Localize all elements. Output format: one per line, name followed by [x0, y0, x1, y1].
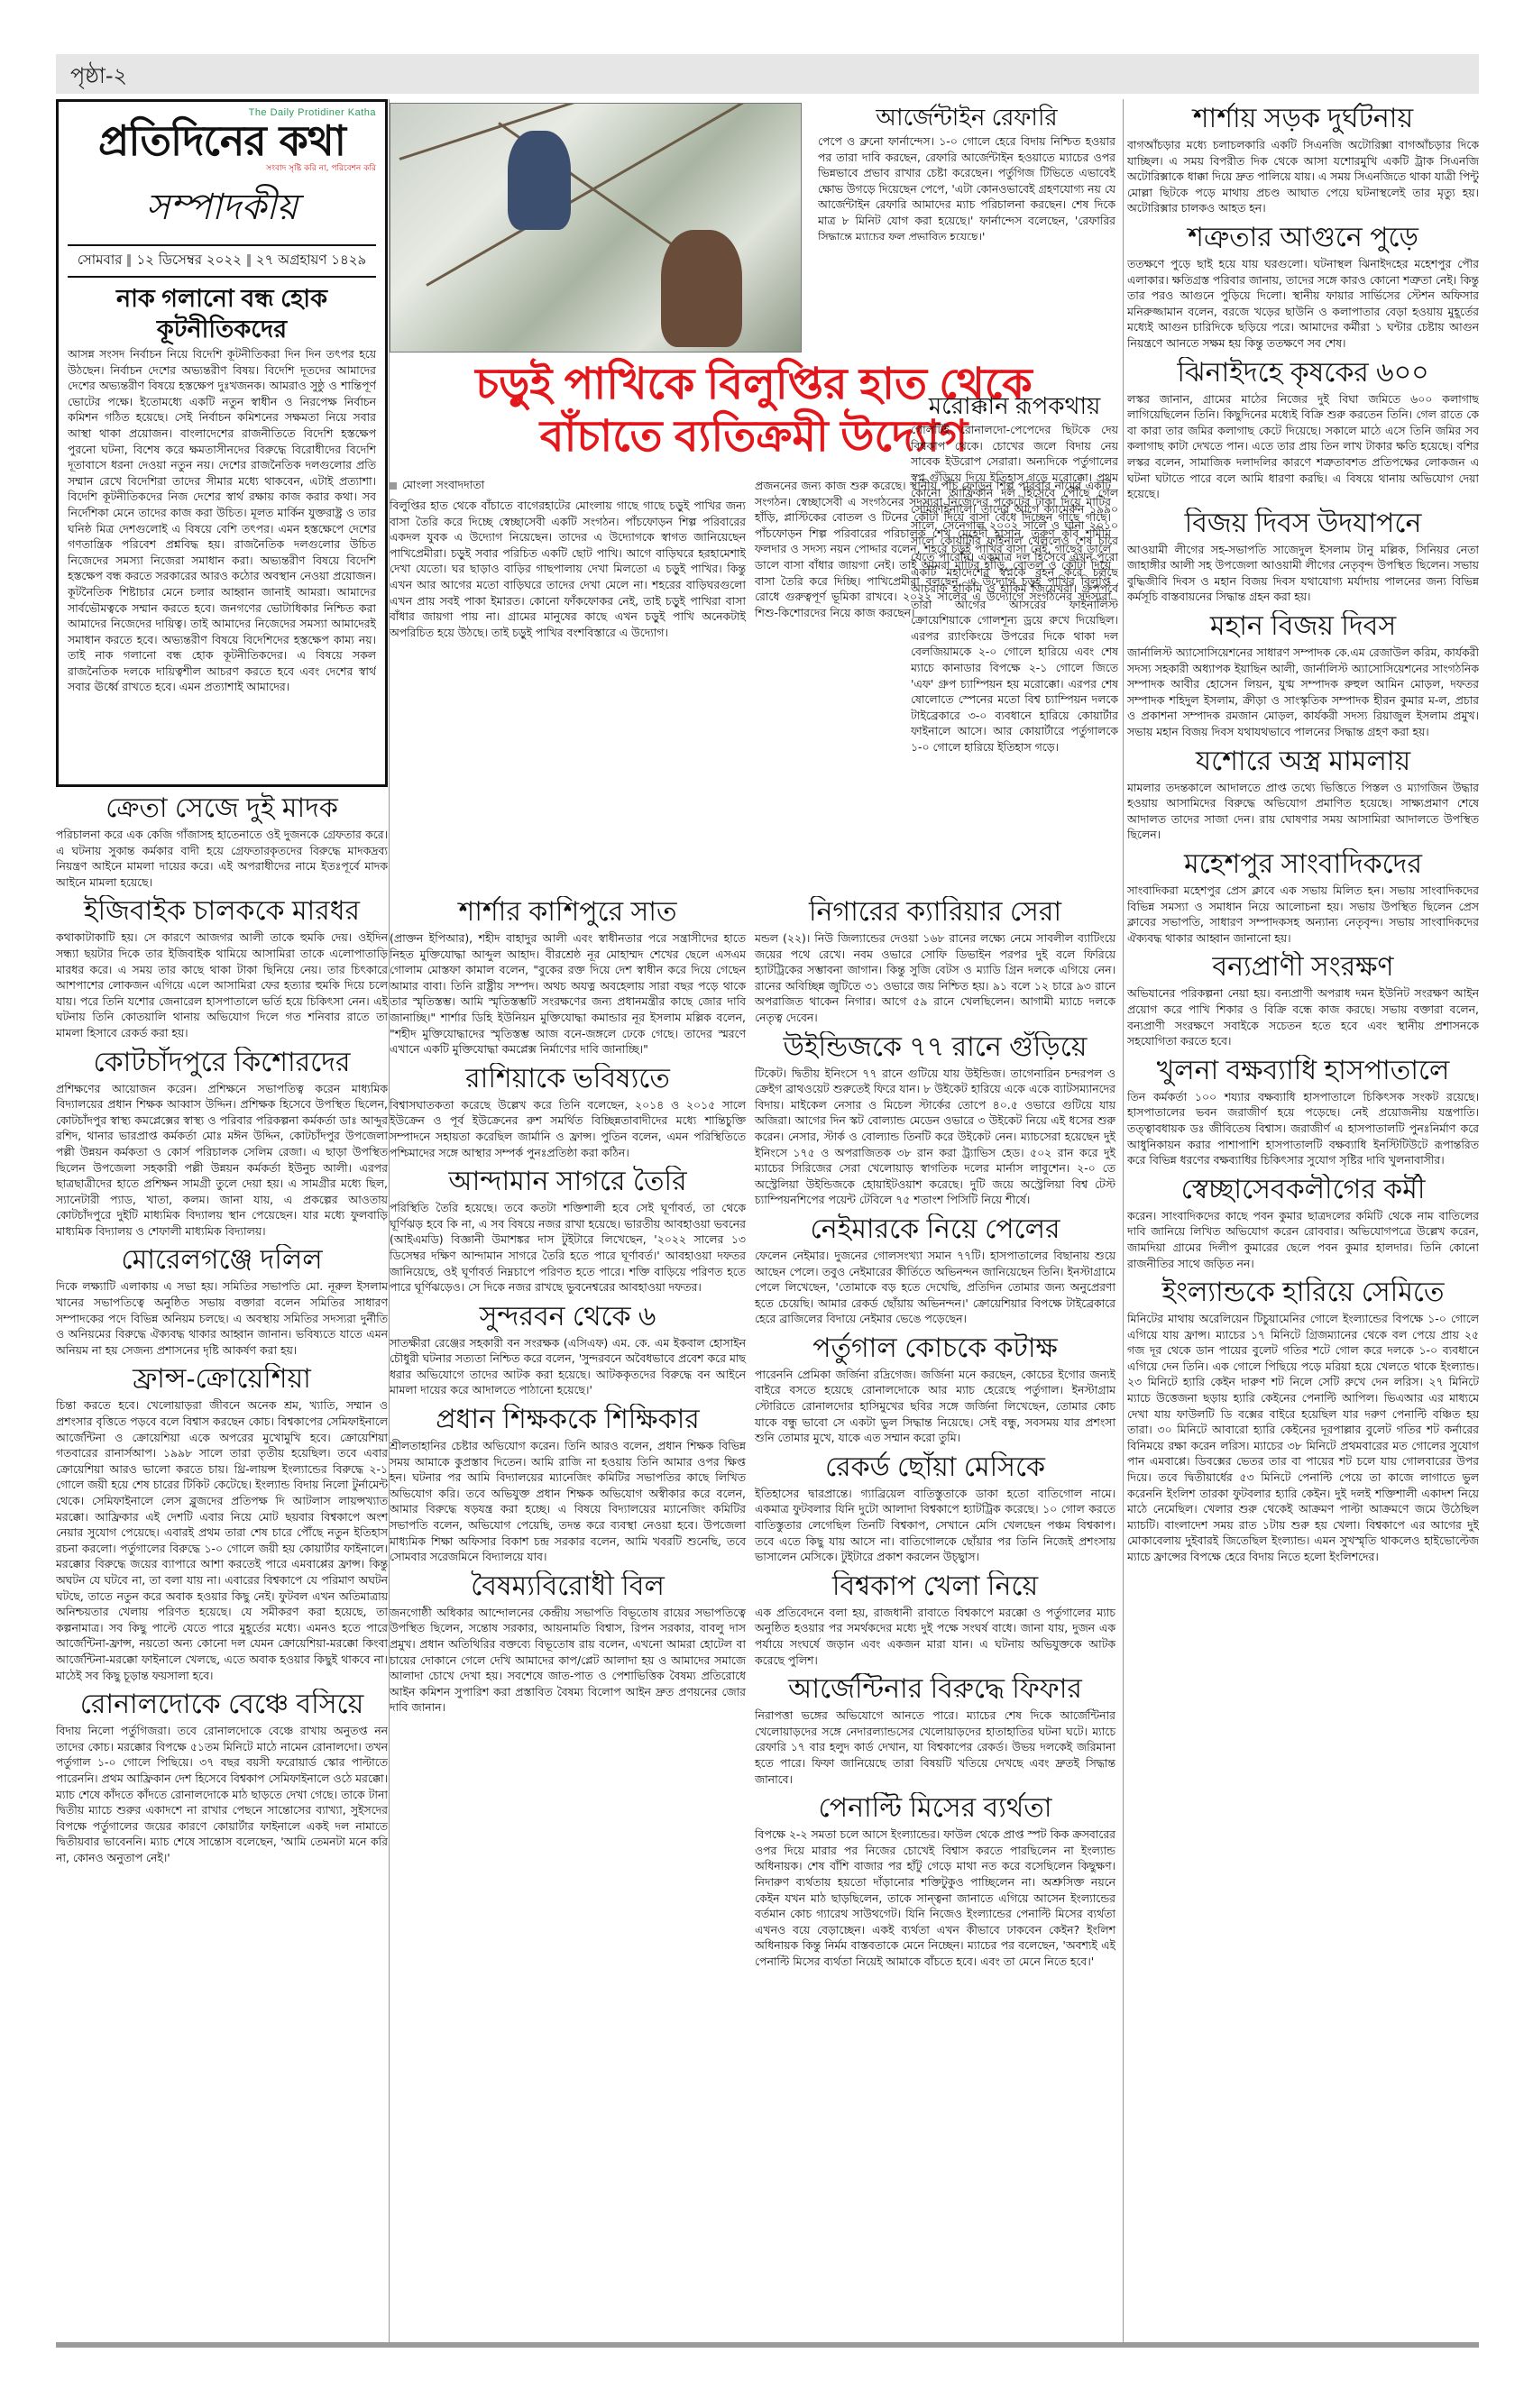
story-victory-day-celebration: বিজয় দিবস উদযাপনে আওয়ামী লীগের সহ-সভাপ…	[1127, 508, 1479, 605]
story-headline: বিজয় দিবস উদযাপনে	[1127, 508, 1479, 540]
story-body: জার্নালিস্ট অ্যাসোসিয়েশনের সাধারণ সম্পা…	[1127, 645, 1479, 740]
lead-body: বিলুপ্তির হাত থেকে বাঁচাতে বাগেরহাটের মো…	[390, 498, 746, 640]
editorial-title: নাক গলানো বন্ধ হোক কূটনীতিকদের	[68, 283, 376, 344]
lead-story-top	[390, 99, 813, 353]
story-body: বিপক্ষে ২-২ সমতা চলে আসে ইংল্যান্ডের। ফা…	[755, 1827, 1115, 1969]
story-headline: শার্শায় সড়ক দুর্ঘটনায়	[1127, 103, 1479, 135]
story-headline: বন্যপ্রাণী সংরক্ষণ	[1127, 951, 1479, 984]
story-body: নিরাপত্তা ভঙ্গের অভিযোগে আনতে পারে। ম্যা…	[755, 1708, 1115, 1787]
story-body: মামলার তদন্তকালে আদালতে প্রাপ্ত তথ্যে ভি…	[1127, 780, 1479, 843]
story-headline: উইন্ডিজকে ৭৭ রানে গুঁড়িয়ে	[755, 1031, 1115, 1064]
story-headline: রাশিয়াকে ভবিষ্যতে	[390, 1063, 746, 1095]
story-buyer-drug: ক্রেতা সেজে দুই মাদক পরিচালনা করে এক কেজ…	[56, 792, 388, 890]
story-body: সাতক্ষীরা রেঞ্জের সহকারী বন সংরক্ষক (এসি…	[390, 1335, 746, 1398]
story-headline: ইংল্যান্ডকে হারিয়ে সেমিতে	[1127, 1277, 1479, 1309]
story-body: মিনিটের মাথায় অরেলিয়েন টিচুয়ামেনির গো…	[1127, 1311, 1479, 1565]
story-head-teacher: প্রধান শিক্ষককে শিক্ষিকার শ্রীলতাহানির চ…	[390, 1404, 746, 1565]
story-easybike: ইজিবাইক চালককে মারধর কথাকাটাকাটি হয়। সে…	[56, 895, 388, 1040]
story-headline: স্বেচ্ছাসেবকলীগের কর্মী	[1127, 1174, 1479, 1206]
story-portugal-coach: পর্তুগাল কোচকে কটাক্ষ পারেননি প্রেমিকা জ…	[755, 1332, 1115, 1446]
byline-text: মোংলা সংবাদদাতা	[402, 478, 484, 491]
story-headline: ইজিবাইক চালককে মারধর	[56, 895, 388, 928]
story-headline: বিশ্বকাপ খেলা নিয়ে	[755, 1570, 1115, 1603]
story-headline: রোনালদোকে বেঞ্চে বসিয়ে	[56, 1689, 388, 1721]
story-kotchandpur: কোটচাঁদপুরে কিশোরদের প্রশিক্ষণের আয়োজন …	[56, 1047, 388, 1240]
photo-person	[661, 230, 742, 347]
story-body: শ্রীলতাহানির চেষ্টার অভিযোগ করেন। তিনি আ…	[390, 1438, 746, 1565]
story-headline: আর্জেন্টিনার বিরুদ্ধে ফিফার	[755, 1673, 1115, 1706]
section-title: সম্পাদকীয়	[68, 179, 376, 239]
story-anti-discrimination: বৈষম্যবিরোধী বিল জনগোষ্ঠী অধিকার আন্দোলন…	[390, 1570, 746, 1716]
sidebar-news-morocco: মরোক্কান রূপকথায় গোলটিই রোনালদো-পেপেদের…	[911, 388, 1118, 833]
story-headline: ফ্রান্স-ক্রোয়েশিয়া	[56, 1363, 388, 1396]
story-headline: মহেশপুর সাংবাদিকদের	[1127, 848, 1479, 881]
page-header-band: পৃষ্ঠা-২	[56, 54, 1479, 94]
story-body: জনগোষ্ঠী অধিকার আন্দোলনের কেন্দ্রীয় সভা…	[390, 1605, 746, 1716]
sidebar-news-top: আর্জেন্টাইন রেফারি পেপে ও ব্রুনো ফার্নান…	[818, 99, 1115, 245]
story-headline: নিগারের ক্যারিয়ার সেরা	[755, 896, 1115, 929]
story-maheshpur-journalists: মহেশপুর সাংবাদিকদের সাংবাদিকরা মহেশপুর প…	[1127, 848, 1479, 946]
story-penalty-miss: পেনাল্টি মিসের ব্যর্থতা বিপক্ষে ২-২ সমতা…	[755, 1792, 1115, 1969]
story-body: অভিযানের পরিকল্পনা নেয়া হয়। বন্যপ্রাণী…	[1127, 985, 1479, 1048]
gregorian-date: ১২ ডিসেম্বর ২০২২	[136, 252, 241, 268]
story-body: পারেননি প্রেমিকা জর্জিনা রদ্রিগেজ। জর্জি…	[755, 1367, 1115, 1446]
story-russia: রাশিয়াকে ভবিষ্যতে বিশ্বাসঘাতকতা করেছে উ…	[390, 1063, 746, 1160]
story-headline: বৈষম্যবিরোধী বিল	[390, 1570, 746, 1603]
story-body: করেন। সাংবাদিকদের কাছে পবন কুমার ছাত্রদল…	[1127, 1208, 1479, 1271]
story-headline: আন্দামান সাগরে তৈরি	[390, 1166, 746, 1198]
dateline: সোমবার১২ ডিসেম্বর ২০২২২৭ অগ্রহায়ণ ১৪২৯	[68, 244, 376, 278]
editorial-box: The Daily Protidiner Katha প্রতিদিনের কথ…	[56, 99, 388, 787]
left-column: The Daily Protidiner Katha প্রতিদিনের কথ…	[56, 99, 388, 2346]
story-body: (প্রাক্তন ইপিআর), শহীদ বাহাদুর আলী এবং স…	[390, 930, 746, 1058]
story-headline: মোরেলগঞ্জে দলিল	[56, 1244, 388, 1277]
story-headline: ক্রেতা সেজে দুই মাদক	[56, 792, 388, 825]
story-body: কথাকাটাকাটি হয়। সে কারণে আজগর আলী তাকে …	[56, 929, 388, 1040]
story-headline: শত্রুতার আগুনে পুড়ে	[1127, 222, 1479, 254]
lead-body-col1: মোংলা সংবাদদাতা বিলুপ্তির হাত থেকে বাঁচা…	[390, 478, 746, 640]
story-body: টিকেট। দ্বিতীয় ইনিংসে ৭৭ রানে গুটিয়ে য…	[755, 1066, 1115, 1208]
story-headline: ঝিনাইদহে কৃষকের ৬০০	[1127, 357, 1479, 389]
story-windies: উইন্ডিজকে ৭৭ রানে গুঁড়িয়ে টিকেট। দ্বিত…	[755, 1031, 1115, 1208]
story-ronaldo-bench: রোনালদোকে বেঞ্চে বসিয়ে বিদায় নিলো পর্ত…	[56, 1689, 388, 1865]
story-sharsha-accident: শার্শায় সড়ক দুর্ঘটনায় বাগআঁচড়ার মধ্য…	[1127, 103, 1479, 216]
story-fire: শত্রুতার আগুনে পুড়ে ততক্ষণে পুড়ে ছাই হ…	[1127, 222, 1479, 352]
byline-marker	[390, 482, 397, 490]
story-body: গোলটিই রোনালদো-পেপেদের ছিটকে দেয় বিশ্বক…	[911, 422, 1118, 828]
story-messi-record: রেকর্ড ছোঁয়া মেসিকে ইতিহাসের দ্বারপ্রান…	[755, 1451, 1115, 1565]
story-neymar-pele: নেইমারকে নিয়ে পেলের ফেলেন নেইমার। দুজনে…	[755, 1213, 1115, 1327]
story-headline: সুন্দরবন থেকে ৬	[390, 1301, 746, 1333]
story-body: পরিচালনা করে এক কেজি গাঁজাসহ হাতেনাতে ওই…	[56, 827, 388, 890]
story-body: মন্ডল (২২)। নিউ জিল্যান্ডের দেওয়া ১৬৮ র…	[755, 930, 1115, 1026]
middle-column: চড়ুই পাখিকে বিলুপ্তির হাত থেকে বাঁচাতে …	[390, 99, 1118, 2346]
masthead-logo: প্রতিদিনের কথা	[68, 118, 376, 163]
story-france-beat-england: ইংল্যান্ডকে হারিয়ে সেমিতে মিনিটের মাথায…	[1127, 1277, 1479, 1565]
story-nigar: নিগারের ক্যারিয়ার সেরা মন্ডল (২২)। নিউ …	[755, 896, 1115, 1026]
story-sundarbans: সুন্দরবন থেকে ৬ সাতক্ষীরা রেঞ্জের সহকারী…	[390, 1301, 746, 1398]
story-volunteer-league: স্বেচ্ছাসেবকলীগের কর্মী করেন। সাংবাদিকদে…	[1127, 1174, 1479, 1271]
story-body: প্রশিক্ষণের আয়োজন করেন। প্রশিক্ষনে সভাপ…	[56, 1081, 388, 1240]
story-body: চিন্তা করতে হবে। খেলোয়াড়রা জীবনে অনেক …	[56, 1397, 388, 1683]
story-headline: যশোরে অস্ত্র মামলায়	[1127, 746, 1479, 778]
story-body: পরিস্থিতি তৈরি হয়েছে। তবে কতটা শক্তিশাল…	[390, 1200, 746, 1296]
story-body: আওয়ামী লীগের সহ-সভাপতি সাজেদুল ইসলাম টা…	[1127, 542, 1479, 605]
story-headline: শার্শার কাশিপুরে সাত	[390, 896, 746, 929]
editorial-body: আসন্ন সংসদ নির্বাচন নিয়ে বিদেশি কূটনীতি…	[68, 346, 376, 777]
story-headline: মহান বিজয় দিবস	[1127, 610, 1479, 643]
story-body: এক প্রতিবেদনে বলা হয়, রাজধানী রাবাতে বি…	[755, 1605, 1115, 1668]
story-body: তিন কর্মকর্তা ১০০ শয্যার বক্ষব্যাধি হাসপ…	[1127, 1089, 1479, 1168]
story-headline: মরোক্কান রূপকথায়	[911, 391, 1118, 420]
story-headline: কোটচাঁদপুরে কিশোরদের	[56, 1047, 388, 1079]
story-fifa-argentina: আর্জেন্টিনার বিরুদ্ধে ফিফার নিরাপত্তা ভঙ…	[755, 1673, 1115, 1787]
story-body: ফেলেন নেইমার। দুজনের গোলসংখ্যা সমান ৭৭টি…	[755, 1248, 1115, 1327]
story-headline: প্রধান শিক্ষককে শিক্ষিকার	[390, 1404, 746, 1436]
story-body: দিকে লক্ষ্যাটি এলাকায় এ সভা হয়। সমিতির…	[56, 1278, 388, 1358]
story-headline: পর্তুগাল কোচকে কটাক্ষ	[755, 1332, 1115, 1365]
column-divider	[1123, 99, 1124, 2346]
story-jhenaidah-farmer: ঝিনাইদহে কৃষকের ৬০০ লস্কর জানান, গ্রামের…	[1127, 357, 1479, 502]
story-france-croatia: ফ্রান্স-ক্রোয়েশিয়া চিন্তা করতে হবে। খে…	[56, 1363, 388, 1683]
story-worldcup-clash: বিশ্বকাপ খেলা নিয়ে এক প্রতিবেদনে বলা হয…	[755, 1570, 1115, 1668]
story-jessore-arms: যশোরে অস্ত্র মামলায় মামলার তদন্তকালে আদ…	[1127, 746, 1479, 843]
story-body: বাগআঁচড়ার মধ্যে চলাচলকারি একটি সিএনজি অ…	[1127, 137, 1479, 216]
story-body: ততক্ষণে পুড়ে ছাই হয়ে যায় ঘরগুলো। ঘটনা…	[1127, 256, 1479, 352]
story-body: বিদায় নিলো পর্তুগিজরা। তবে রোনালদোকে বে…	[56, 1723, 388, 1865]
story-body: বিশ্বাসঘাতকতা করেছে উল্লেখ করে তিনি বলেছ…	[390, 1097, 746, 1160]
story-body: সাংবাদিকরা মহেশপুর প্রেস ক্লাবে এক সভায়…	[1127, 883, 1479, 946]
photo-person	[508, 131, 571, 230]
story-body: ইতিহাসের দ্বারপ্রান্তে। গ্যাব্রিয়েল বাত…	[755, 1486, 1115, 1565]
story-headline: রেকর্ড ছোঁয়া মেসিকে	[755, 1451, 1115, 1484]
story-headline: পেনাল্টি মিসের ব্যর্থতা	[755, 1792, 1115, 1825]
story-body: পেপে ও ব্রুনো ফার্নান্দেস। ১-০ গোলে হেরে…	[818, 133, 1115, 240]
story-body: লস্কর জানান, গ্রামের মাঠের নিজের দুই বিঘ…	[1127, 391, 1479, 502]
mid-left-subcolumn: শার্শার কাশিপুরে সাত (প্রাক্তন ইপিআর), শ…	[390, 893, 746, 1721]
story-headline: খুলনা বক্ষব্যাধি হাসপাতালে	[1127, 1055, 1479, 1087]
story-headline: নেইমারকে নিয়ে পেলের	[755, 1213, 1115, 1246]
byline: মোংলা সংবাদদাতা	[390, 478, 746, 496]
separator	[127, 254, 131, 267]
story-headline: আর্জেন্টাইন রেফারি	[818, 103, 1115, 132]
story-wildlife: বন্যপ্রাণী সংরক্ষণ অভিযানের পরিকল্পনা নে…	[1127, 951, 1479, 1048]
lead-photo	[390, 103, 802, 353]
weekday: সোমবার	[78, 252, 123, 268]
story-khulna-chest-hospital: খুলনা বক্ষব্যাধি হাসপাতালে তিন কর্মকর্তা…	[1127, 1055, 1479, 1168]
bengali-date: ২৭ অগ্রহায়ণ ১৪২৯	[256, 252, 366, 268]
mid-right-subcolumn: নিগারের ক্যারিয়ার সেরা মন্ডল (২২)। নিউ …	[755, 893, 1115, 1975]
story-victory-day: মহান বিজয় দিবস জার্নালিস্ট অ্যাসোসিয়েশ…	[1127, 610, 1479, 740]
page-number: পৃষ্ঠা-২	[70, 60, 127, 96]
story-morelganj: মোরেলগঞ্জে দলিল দিকে লক্ষ্যাটি এলাকায় এ…	[56, 1244, 388, 1358]
right-column: শার্শায় সড়ক দুর্ঘটনায় বাগআঁচড়ার মধ্য…	[1127, 99, 1479, 2346]
story-andaman: আন্দামান সাগরে তৈরি পরিস্থিতি তৈরি হয়েছ…	[390, 1166, 746, 1296]
separator	[247, 254, 251, 267]
story-argentine-referee: আর্জেন্টাইন রেফারি পেপে ও ব্রুনো ফার্নান…	[818, 103, 1115, 240]
story-sharsha-kashipur: শার্শার কাশিপুরে সাত (প্রাক্তন ইপিআর), শ…	[390, 896, 746, 1058]
story-moroccan-fairytale: মরোক্কান রূপকথায় গোলটিই রোনালদো-পেপেদের…	[911, 391, 1118, 828]
page-bottom-rule	[56, 2342, 1479, 2348]
